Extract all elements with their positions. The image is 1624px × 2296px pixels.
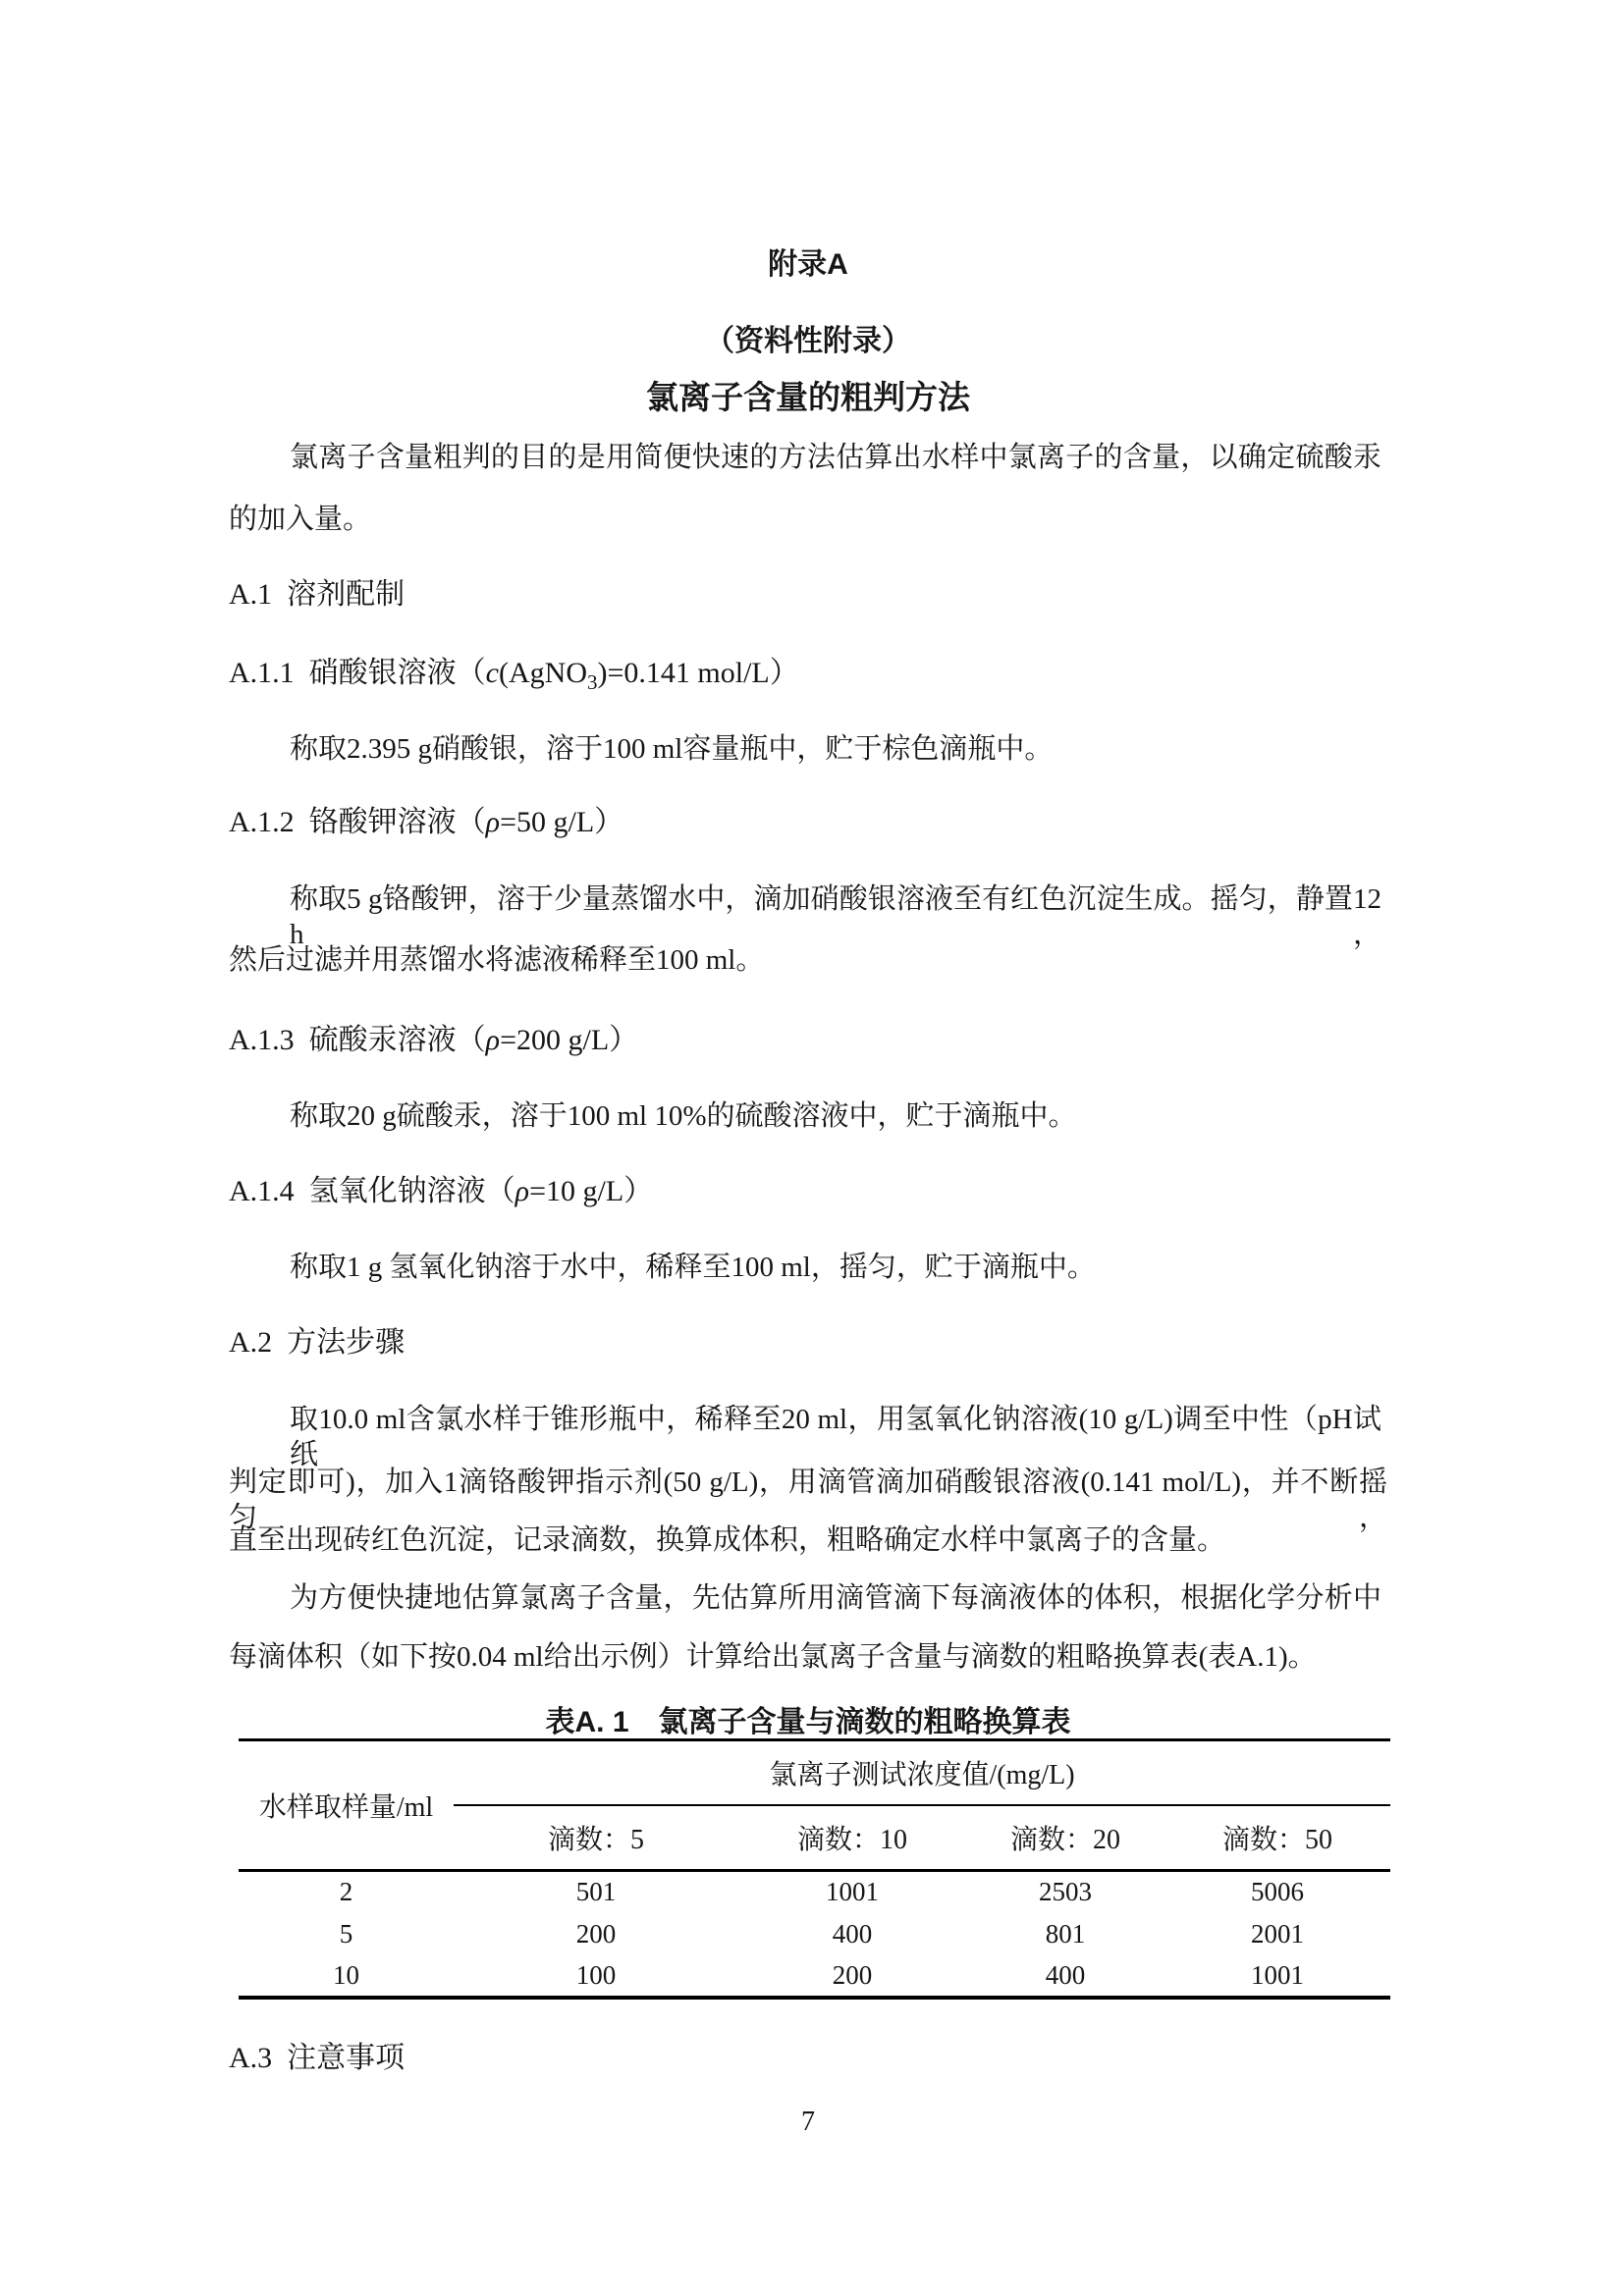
col-header-drops-20: 滴数：20 xyxy=(966,1805,1164,1871)
clause-title: 溶剂配制 xyxy=(287,578,405,611)
appendix-subject-title: 氯离子含量的粗判方法 xyxy=(229,381,1387,414)
document-page: 附录A （资料性附录） 氯离子含量的粗判方法 氯离子含量粗判的目的是用简便快速的… xyxy=(0,0,1624,2296)
formula-subscript: 3 xyxy=(587,670,598,694)
table-row: 2 501 1001 2503 5006 xyxy=(239,1871,1390,1913)
clause-title: 铬酸钾溶液 xyxy=(309,806,457,838)
clause-title: 方法步骤 xyxy=(287,1326,405,1359)
col-header-sample-volume: 水样取样量/ml xyxy=(239,1740,454,1871)
paragraph-a14: 称取1 g 氢氧化钠溶于水中，稀释至100 ml，摇匀，贮于滴瓶中。 xyxy=(290,1250,1096,1285)
formula-symbol-rho: ρ xyxy=(515,1175,529,1207)
formula-text: =10 g/L） xyxy=(529,1175,653,1207)
page-number: 7 xyxy=(229,2107,1387,2138)
col-header-drops-5: 滴数：5 xyxy=(454,1805,738,1871)
paragraph-a2-p2-line-2: 每滴体积（如下按0.04 ml给出示例）计算给出氯离子含量与滴数的粗略换算表(表… xyxy=(229,1639,1317,1675)
intro-line-2: 的加入量。 xyxy=(229,502,371,537)
formula-text: (AgNO xyxy=(499,657,587,689)
clause-number: A.2 xyxy=(229,1326,272,1359)
formula-text: =50 g/L） xyxy=(500,806,623,838)
paragraph-a12-line-2: 然后过滤并用蒸馏水将滤液稀释至100 ml。 xyxy=(229,942,764,978)
table-cell: 5 xyxy=(239,1913,454,1955)
paragraph-a2-p2-line-1: 为方便快捷地估算氯离子含量，先估算所用滴管滴下每滴液体的体积，根据化学分析中 xyxy=(290,1580,1381,1616)
heading-a11: A.1.1硝酸银溶液（c(AgNO3)=0.141 mol/L） xyxy=(229,656,799,691)
clause-title: 硫酸汞溶液 xyxy=(309,1024,457,1056)
paragraph-a2-p1-line-3: 直至出现砖红色沉淀，记录滴数，换算成体积，粗略确定水样中氯离子的含量。 xyxy=(229,1522,1225,1558)
formula-symbol-rho: ρ xyxy=(486,1024,500,1056)
clause-title: 氢氧化钠溶液 xyxy=(309,1175,486,1207)
table-cell: 400 xyxy=(738,1913,966,1955)
conversion-table: 水样取样量/ml 氯离子测试浓度值/(mg/L) 滴数：5 滴数：10 滴数：2… xyxy=(239,1738,1390,2000)
table-caption-label: 表A. 1 xyxy=(545,1706,628,1738)
formula-symbol-rho: ρ xyxy=(486,806,500,838)
clause-number: A.1.2 xyxy=(229,806,295,838)
table-cell: 1001 xyxy=(738,1871,966,1913)
appendix-title: 附录A xyxy=(229,248,1387,282)
table-cell: 2503 xyxy=(966,1871,1164,1913)
table-cell: 1001 xyxy=(1164,1955,1390,1998)
table-header-row-1: 水样取样量/ml 氯离子测试浓度值/(mg/L) xyxy=(239,1740,1390,1805)
table-cell: 2001 xyxy=(1164,1913,1390,1955)
formula-open-paren: （ xyxy=(457,1024,486,1056)
heading-a13: A.1.3硫酸汞溶液（ρ=200 g/L） xyxy=(229,1023,638,1058)
table-cell: 200 xyxy=(454,1913,738,1955)
clause-number: A.3 xyxy=(229,2042,272,2074)
table-row: 5 200 400 801 2001 xyxy=(239,1913,1390,1955)
heading-a12: A.1.2铬酸钾溶液（ρ=50 g/L） xyxy=(229,805,623,840)
paragraph-a13: 称取20 g硫酸汞，溶于100 ml 10%的硫酸溶液中，贮于滴瓶中。 xyxy=(290,1098,1077,1134)
formula-open-paren: （ xyxy=(486,1175,515,1207)
heading-a1: A.1溶剂配制 xyxy=(229,577,405,613)
table-cell: 400 xyxy=(966,1955,1164,1998)
clause-title: 注意事项 xyxy=(287,2042,405,2074)
col-header-drops-50: 滴数：50 xyxy=(1164,1805,1390,1871)
col-header-drops-10: 滴数：10 xyxy=(738,1805,966,1871)
clause-number: A.1 xyxy=(229,578,272,611)
formula-symbol-c: c xyxy=(486,657,499,689)
table-cell: 501 xyxy=(454,1871,738,1913)
intro-line-1: 氯离子含量粗判的目的是用简便快速的方法估算出水样中氯离子的含量，以确定硫酸汞 xyxy=(290,440,1381,475)
heading-a2: A.2方法步骤 xyxy=(229,1325,405,1361)
clause-number: A.1.1 xyxy=(229,657,295,689)
formula-text: )=0.141 mol/L） xyxy=(598,657,799,689)
table-row: 10 100 200 400 1001 xyxy=(239,1955,1390,1998)
formula-open-paren: （ xyxy=(457,657,486,689)
col-header-concentration: 氯离子测试浓度值/(mg/L) xyxy=(454,1740,1390,1805)
clause-number: A.1.3 xyxy=(229,1024,295,1056)
table-cell: 801 xyxy=(966,1913,1164,1955)
appendix-type-label: （资料性附录） xyxy=(229,325,1387,358)
paragraph-a2-p1-line-1: 取10.0 ml含氯水样于锥形瓶中，稀释至20 ml，用氢氧化钠溶液(10 g/… xyxy=(290,1402,1381,1472)
table-cell: 100 xyxy=(454,1955,738,1998)
table-cell: 5006 xyxy=(1164,1871,1390,1913)
table-cell: 200 xyxy=(738,1955,966,1998)
clause-number: A.1.4 xyxy=(229,1175,295,1207)
heading-a3: A.3注意事项 xyxy=(229,2041,405,2076)
table-caption: 表A. 1氯离子含量与滴数的粗略换算表 xyxy=(229,1697,1387,1740)
table-cell: 10 xyxy=(239,1955,454,1998)
paragraph-a11: 称取2.395 g硝酸银，溶于100 ml容量瓶中，贮于棕色滴瓶中。 xyxy=(290,731,1053,767)
heading-a14: A.1.4氢氧化钠溶液（ρ=10 g/L） xyxy=(229,1174,653,1209)
clause-title: 硝酸银溶液 xyxy=(309,657,457,689)
formula-text: =200 g/L） xyxy=(500,1024,638,1056)
table-caption-title: 氯离子含量与滴数的粗略换算表 xyxy=(659,1706,1071,1738)
formula-open-paren: （ xyxy=(457,806,486,838)
table-cell: 2 xyxy=(239,1871,454,1913)
